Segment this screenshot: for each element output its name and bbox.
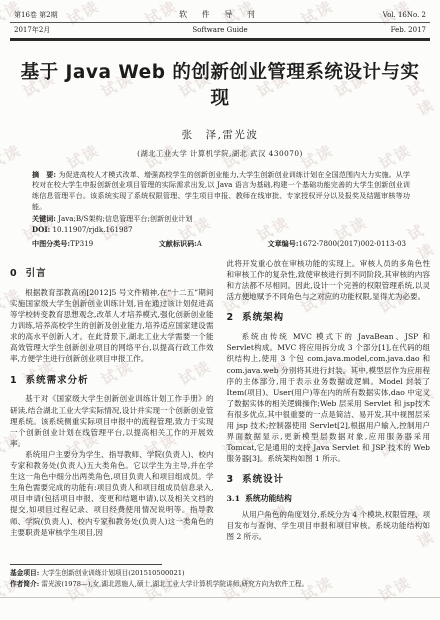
section-3-1-heading: 3.1系统功能结构	[227, 493, 431, 504]
author-bio-line: 作者简介: 雷光波(1978—),女,湖北恩施人,硕士,湖北工业大学计算机学院讲…	[10, 579, 430, 589]
doi-line: DOI: 10.11907/rjdk.161987	[32, 225, 410, 236]
body-columns: 0引言 根据教育部教高函[2012]5 号文件精神,在“十二五”期间实施国家级大…	[10, 258, 430, 564]
continued-paragraph: 此将开发重心放在审核功能的实现上。审核人员的多角色性和审核工作的复杂性,致使审核…	[227, 258, 431, 302]
footnote-rule	[10, 564, 162, 565]
abstract-label: 摘 要:	[32, 170, 56, 179]
classification-line: 中图分类号:TP319 文献标识码:A 文章编号:1672-7800(2017)…	[32, 239, 406, 249]
section-1-title: 系统需求分析	[26, 375, 89, 386]
header-rule-thin	[10, 22, 430, 23]
page-bottom-rule	[0, 597, 440, 598]
right-column: 此将开发重心放在审核功能的实现上。审核人员的多角色性和审核工作的复杂性,致使审核…	[227, 258, 431, 564]
doc-code-label: 文献标识码:	[159, 239, 197, 248]
section-0-title: 引言	[26, 268, 47, 279]
affiliation: (湖北工业大学 计算机学院,湖北 武汉 430070)	[10, 149, 430, 159]
volume-issue-en: Vol. 16No. 2	[316, 11, 426, 19]
abstract-block: 摘 要: 为促进高校人才模式改革、增强高校学生的创新创业能力,大学生创新创业训练…	[32, 170, 410, 213]
section-1-number: 1	[10, 375, 17, 386]
paper-title: 基于 Java Web 的创新创业管理系统设计与实现	[14, 58, 426, 110]
journal-header-row-2: 2017年2月 Software Guide Feb. 2017	[10, 25, 430, 35]
author-bio-label: 作者简介:	[10, 580, 39, 588]
section-3-1-title: 系统功能结构	[245, 494, 292, 503]
journal-header: 第16卷 第2期 软 件 导 刊 Vol. 16No. 2 2017年2月 So…	[10, 9, 430, 41]
clc-value: TP319	[70, 239, 93, 248]
section-2-number: 2	[227, 312, 234, 323]
article-no-item: 文章编号:1672-7800(2017)002-0113-03	[267, 239, 406, 249]
clc-item: 中图分类号:TP319	[32, 239, 93, 249]
section-3-heading: 3系统设计	[227, 473, 431, 487]
paper-page: 试读试读试读试读试读试读试读试读试读试读试读试读试读试读试读试读试读试读试读试读…	[0, 0, 440, 620]
section-3-title: 系统设计	[242, 474, 284, 485]
keywords-label: 关键词:	[32, 214, 56, 223]
section-1-paragraph-1: 基于对《国家级大学生创新创业训练计划工作手册》的研读,结合湖北工业大学实际情况,…	[10, 393, 214, 448]
journal-name-en: Software Guide	[124, 26, 316, 34]
authors: 张 泽,雷光波	[10, 127, 430, 142]
doc-code-item: 文献标识码:A	[159, 239, 202, 249]
section-2-heading: 2系统架构	[227, 311, 431, 325]
clc-label: 中图分类号:	[32, 239, 70, 248]
section-1-heading: 1系统需求分析	[10, 374, 214, 388]
section-3-number: 3	[227, 474, 234, 485]
section-1-paragraph-2: 系统用户主要分为学生、指导教师、学院(负责人)、校内专家和教务处(负责人)五大类…	[10, 449, 214, 538]
doc-code-value: A	[197, 239, 202, 248]
keywords-text: Java;B/S架构;信息管理平台;创新创业计划	[58, 214, 192, 223]
article-no-label: 文章编号:	[267, 239, 298, 248]
section-0-paragraph: 根据教育部教高函[2012]5 号文件精神,在“十二五”期间实施国家级大学生创新…	[10, 287, 214, 365]
issue-date-en: Feb. 2017	[316, 26, 426, 34]
section-2-paragraph: 系统由传统 MVC 模式下的 JavaBean、JSP 和 Servlet构成。…	[227, 331, 431, 464]
header-rule-thick	[10, 38, 430, 41]
fund-line: 基金项目: 大学生创新创业训练计划项目(201510500021)	[10, 568, 430, 578]
author-bio-text: 雷光波(1978—),女,湖北恩施人,硕士,湖北工业大学计算机学院讲师,研究方向…	[41, 580, 308, 588]
fund-text: 大学生创新创业训练计划项目(201510500021)	[41, 569, 184, 577]
footnote-block: 基金项目: 大学生创新创业训练计划项目(201510500021) 作者简介: …	[10, 564, 430, 589]
issue-date-cn: 2017年2月	[14, 25, 124, 35]
journal-name-cn: 软 件 导 刊	[124, 9, 316, 20]
fund-label: 基金项目:	[10, 569, 39, 577]
abstract-text: 为促进高校人才模式改革、增强高校学生的创新创业能力,大学生创新创业训练计划在全国…	[32, 170, 410, 211]
section-2-title: 系统架构	[242, 312, 284, 323]
section-0-number: 0	[10, 268, 17, 279]
keywords-line: 关键词: Java;B/S架构;信息管理平台;创新创业计划	[32, 214, 410, 225]
journal-header-row-1: 第16卷 第2期 软 件 导 刊 Vol. 16No. 2	[10, 9, 430, 20]
left-column: 0引言 根据教育部教高函[2012]5 号文件精神,在“十二五”期间实施国家级大…	[10, 258, 214, 564]
section-0-heading: 0引言	[10, 267, 214, 281]
section-3-1-number: 3.1	[227, 494, 241, 503]
section-3-1-paragraph: 从用户角色的角度划分,系统分为 4 个模块,权限管理、项目发布与查询、学生项目申…	[227, 509, 431, 542]
page-content: 第16卷 第2期 软 件 导 刊 Vol. 16No. 2 2017年2月 So…	[0, 0, 440, 564]
article-no-value: 1672-7800(2017)002-0113-03	[298, 239, 406, 248]
volume-issue: 第16卷 第2期	[14, 10, 124, 20]
doi-label: DOI:	[32, 225, 50, 234]
doi-value: 10.11907/rjdk.161987	[53, 225, 133, 234]
